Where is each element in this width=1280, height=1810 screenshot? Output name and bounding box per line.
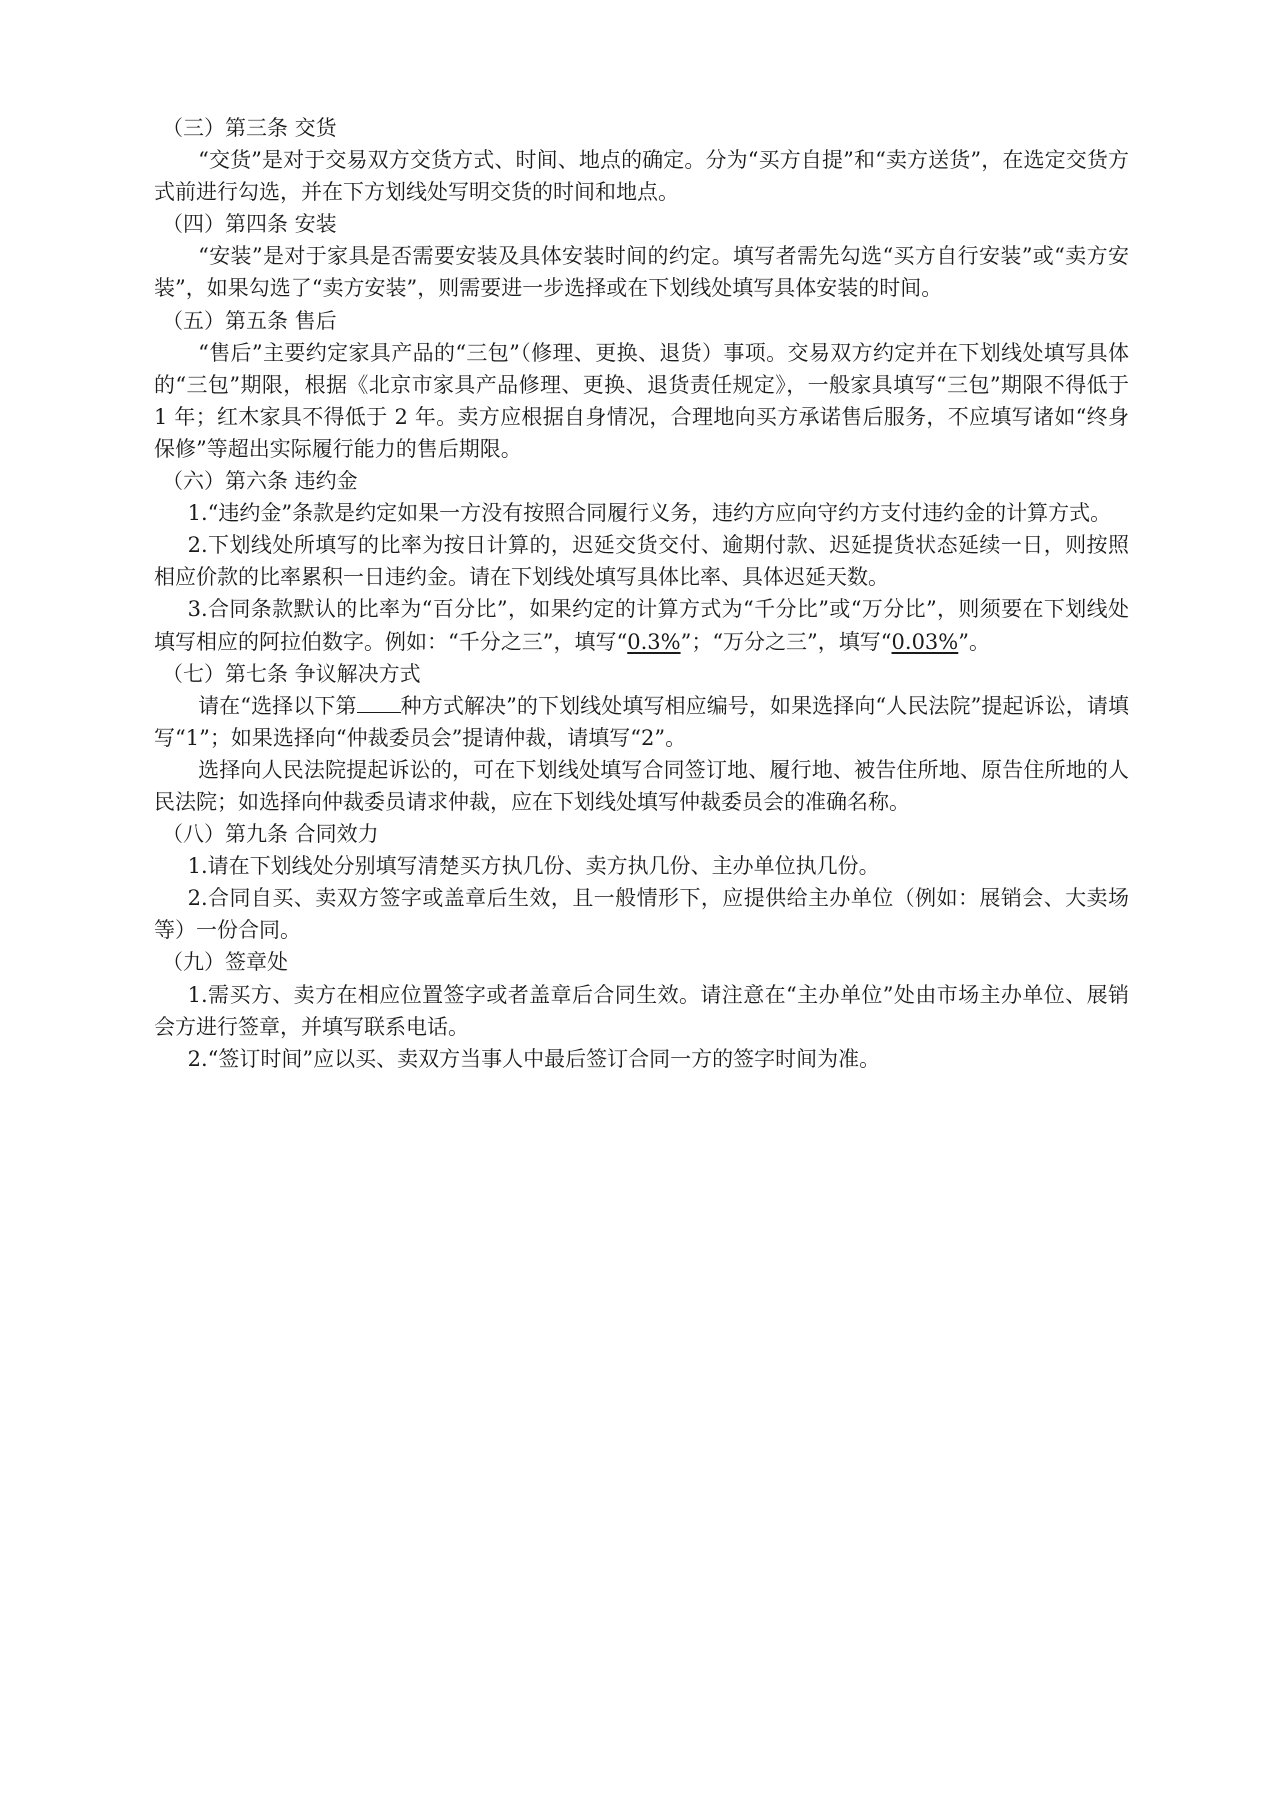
paragraph: 2.“签订时间”应以买、卖双方当事人中最后签订合同一方的签字时间为准。 (154, 1043, 1129, 1075)
fill-in-blank (357, 694, 401, 713)
paragraph-ratio-example: 3.合同条款默认的比率为“百分比”，如果约定的计算方式为“千分比”或“万分比”，… (154, 593, 1129, 657)
paragraph: 2.下划线处所填写的比率为按日计算的，迟延交货交付、逾期付款、迟延提货状态延续一… (154, 529, 1129, 593)
paragraph: “交货”是对于交易双方交货方式、时间、地点的确定。分为“买方自提”和“卖方送货”… (154, 144, 1129, 208)
section-heading: （八）第九条 合同效力 (154, 818, 1129, 850)
text: 请在“选择以下第 (198, 694, 356, 718)
section-heading: （七）第七条 争议解决方式 (154, 658, 1129, 690)
text: ”；“万分之三”，填写“ (681, 630, 892, 654)
section-heading: （三）第三条 交货 (154, 112, 1129, 144)
section-installation: （四）第四条 安装 “安装”是对于家具是否需要安装及具体安装时间的约定。填写者需… (154, 208, 1129, 304)
section-liquidated-damages: （六）第六条 违约金 1.“违约金”条款是约定如果一方没有按照合同履行义务，违约… (154, 465, 1129, 658)
paragraph: “安装”是对于家具是否需要安装及具体安装时间的约定。填写者需先勾选“买方自行安装… (154, 240, 1129, 304)
paragraph: 选择向人民法院提起诉讼的，可在下划线处填写合同签订地、履行地、被告住所地、原告住… (154, 754, 1129, 818)
document-page: （三）第三条 交货 “交货”是对于交易双方交货方式、时间、地点的确定。分为“买方… (154, 112, 1129, 1075)
paragraph: 1.需买方、卖方在相应位置签字或者盖章后合同生效。请注意在“主办单位”处由市场主… (154, 979, 1129, 1043)
paragraph: 请在“选择以下第种方式解决”的下划线处填写相应编号，如果选择向“人民法院”提起诉… (154, 690, 1129, 754)
example-value: 0.3% (627, 630, 680, 654)
paragraph: 2.合同自买、卖双方签字或盖章后生效，且一般情形下，应提供给主办单位（例如：展销… (154, 882, 1129, 946)
section-heading: （五）第五条 售后 (154, 305, 1129, 337)
section-contract-validity: （八）第九条 合同效力 1.请在下划线处分别填写清楚买方执几份、卖方执几份、主办… (154, 818, 1129, 946)
section-delivery: （三）第三条 交货 “交货”是对于交易双方交货方式、时间、地点的确定。分为“买方… (154, 112, 1129, 208)
section-heading: （四）第四条 安装 (154, 208, 1129, 240)
section-dispute-resolution: （七）第七条 争议解决方式 请在“选择以下第种方式解决”的下划线处填写相应编号，… (154, 658, 1129, 818)
section-heading: （九）签章处 (154, 946, 1129, 978)
paragraph: 1.“违约金”条款是约定如果一方没有按照合同履行义务，违约方应向守约方支付违约金… (154, 497, 1129, 529)
section-signature: （九）签章处 1.需买方、卖方在相应位置签字或者盖章后合同生效。请注意在“主办单… (154, 946, 1129, 1074)
paragraph: “售后”主要约定家具产品的“三包”（修理、更换、退货）事项。交易双方约定并在下划… (154, 337, 1129, 465)
section-after-sales: （五）第五条 售后 “售后”主要约定家具产品的“三包”（修理、更换、退货）事项。… (154, 305, 1129, 465)
text: ”。 (958, 630, 990, 654)
example-value: 0.03% (892, 630, 959, 654)
section-heading: （六）第六条 违约金 (154, 465, 1129, 497)
paragraph: 1.请在下划线处分别填写清楚买方执几份、卖方执几份、主办单位执几份。 (154, 850, 1129, 882)
